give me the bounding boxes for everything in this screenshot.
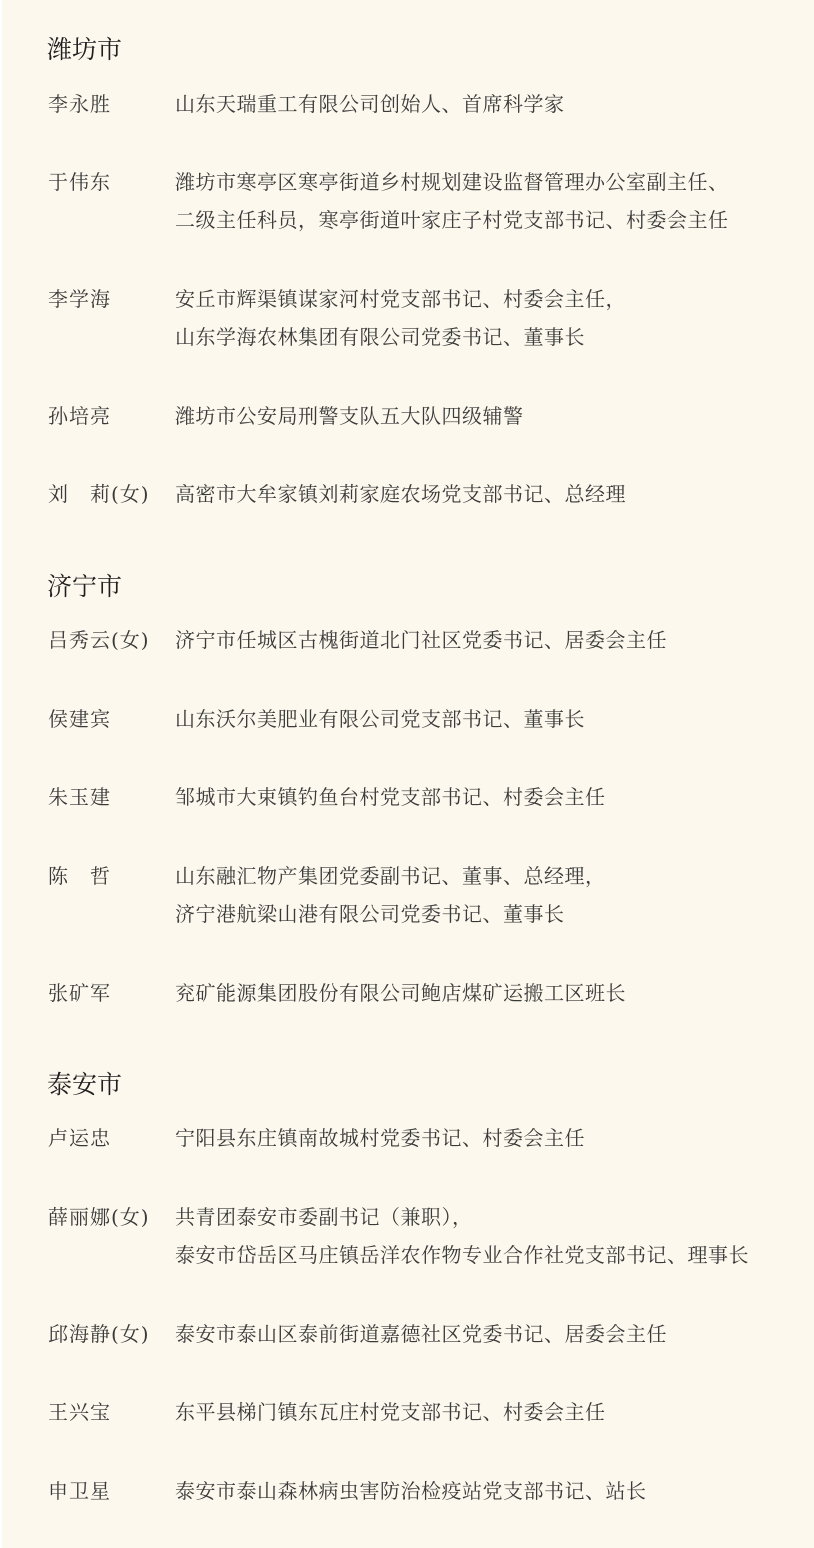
title-line: 山东沃尔美肥业有限公司党支部书记、董事长 <box>175 700 795 738</box>
person-name: 朱玉建 <box>48 778 111 816</box>
title-line: 邹城市大束镇钓鱼台村党支部书记、村委会主任 <box>175 778 795 816</box>
title-line: 东平县梯门镇东瓦庄村党支部书记、村委会主任 <box>175 1393 795 1431</box>
person-name: 吕秀云(女) <box>48 621 150 659</box>
title-line: 宁阳县东庄镇南故城村党委书记、村委会主任 <box>175 1119 795 1157</box>
person-title: 泰安市泰山森林病虫害防治检疫站党支部书记、站长 <box>175 1472 795 1510</box>
person-name: 薛丽娜(女) <box>48 1198 150 1236</box>
person-name: 侯建宾 <box>48 700 111 738</box>
person-name: 李学海 <box>48 280 111 318</box>
person-title: 安丘市辉渠镇谋家河村党支部书记、村委会主任， 山东学海农林集团有限公司党委书记、… <box>175 280 795 356</box>
person-name: 邱海静(女) <box>48 1315 150 1353</box>
title-line: 安丘市辉渠镇谋家河村党支部书记、村委会主任， <box>175 280 795 318</box>
title-line: 高密市大牟家镇刘莉家庭农场党支部书记、总经理 <box>175 475 795 513</box>
person-title: 高密市大牟家镇刘莉家庭农场党支部书记、总经理 <box>175 475 795 513</box>
person-title: 山东沃尔美肥业有限公司党支部书记、董事长 <box>175 700 795 738</box>
document-page: 潍坊市 李永胜 山东天瑞重工有限公司创始人、首席科学家 于伟东 潍坊市寒亭区寒亭… <box>2 0 814 1548</box>
person-name: 申卫星 <box>48 1472 111 1510</box>
person-title: 潍坊市寒亭区寒亭街道乡村规划建设监督管理办公室副主任、 二级主任科员，寒亭街道叶… <box>175 163 795 239</box>
person-title: 潍坊市公安局刑警支队五大队四级辅警 <box>175 397 795 435</box>
section-title: 潍坊市 <box>47 35 122 65</box>
person-name: 于伟东 <box>48 163 111 201</box>
title-line: 泰安市泰山区泰前街道嘉德社区党委书记、居委会主任 <box>175 1315 795 1353</box>
person-name: 陈 哲 <box>48 857 111 895</box>
person-name: 张矿军 <box>48 974 111 1012</box>
title-line: 泰安市泰山森林病虫害防治检疫站党支部书记、站长 <box>175 1472 795 1510</box>
title-line: 二级主任科员，寒亭街道叶家庄子村党支部书记、村委会主任 <box>175 201 795 239</box>
person-title: 泰安市泰山区泰前街道嘉德社区党委书记、居委会主任 <box>175 1315 795 1353</box>
person-title: 山东融汇物产集团党委副书记、董事、总经理， 济宁港航梁山港有限公司党委书记、董事… <box>175 857 795 933</box>
title-line: 泰安市岱岳区马庄镇岳洋农作物专业合作社党支部书记、理事长 <box>175 1236 795 1274</box>
person-title: 济宁市任城区古槐街道北门社区党委书记、居委会主任 <box>175 621 795 659</box>
person-title: 东平县梯门镇东瓦庄村党支部书记、村委会主任 <box>175 1393 795 1431</box>
person-title: 宁阳县东庄镇南故城村党委书记、村委会主任 <box>175 1119 795 1157</box>
title-line: 兖矿能源集团股份有限公司鲍店煤矿运搬工区班长 <box>175 974 795 1012</box>
person-title: 山东天瑞重工有限公司创始人、首席科学家 <box>175 85 795 123</box>
title-line: 济宁市任城区古槐街道北门社区党委书记、居委会主任 <box>175 621 795 659</box>
title-line: 山东天瑞重工有限公司创始人、首席科学家 <box>175 85 795 123</box>
person-name: 李永胜 <box>48 85 111 123</box>
person-name: 王兴宝 <box>48 1393 111 1431</box>
title-line: 济宁港航梁山港有限公司党委书记、董事长 <box>175 895 795 933</box>
section-title: 济宁市 <box>47 572 122 602</box>
title-line: 潍坊市寒亭区寒亭街道乡村规划建设监督管理办公室副主任、 <box>175 163 795 201</box>
person-name: 孙培亮 <box>48 397 111 435</box>
title-line: 山东融汇物产集团党委副书记、董事、总经理， <box>175 857 795 895</box>
person-name: 刘 莉(女) <box>48 475 150 513</box>
title-line: 共青团泰安市委副书记（兼职）， <box>175 1198 795 1236</box>
person-name: 卢运忠 <box>48 1119 111 1157</box>
title-line: 潍坊市公安局刑警支队五大队四级辅警 <box>175 397 795 435</box>
person-title: 邹城市大束镇钓鱼台村党支部书记、村委会主任 <box>175 778 795 816</box>
person-title: 兖矿能源集团股份有限公司鲍店煤矿运搬工区班长 <box>175 974 795 1012</box>
person-title: 共青团泰安市委副书记（兼职）， 泰安市岱岳区马庄镇岳洋农作物专业合作社党支部书记… <box>175 1198 795 1274</box>
section-title: 泰安市 <box>47 1070 122 1100</box>
title-line: 山东学海农林集团有限公司党委书记、董事长 <box>175 318 795 356</box>
